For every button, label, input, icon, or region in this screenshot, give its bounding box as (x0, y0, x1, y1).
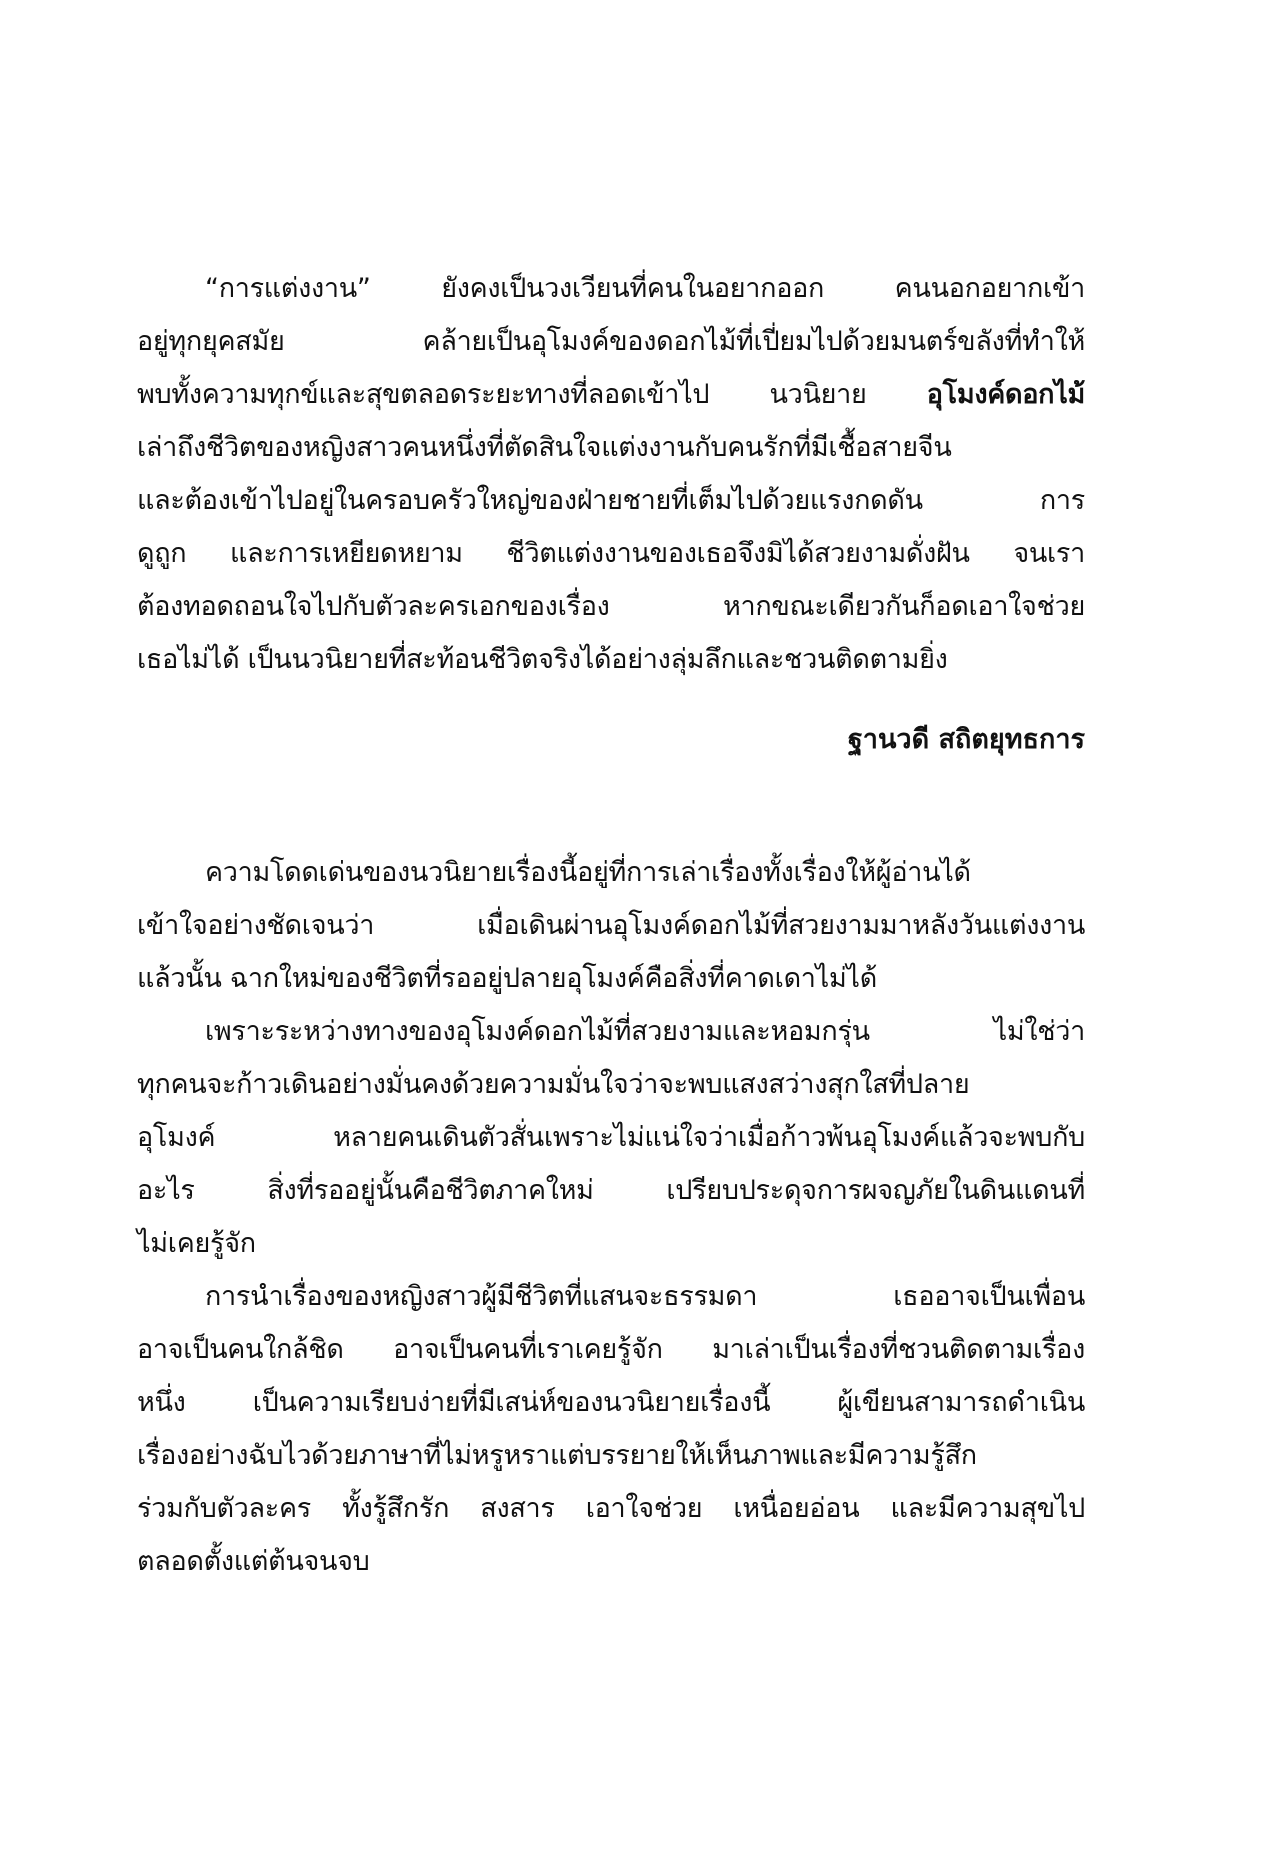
text-line: เข้าใจอย่างชัดเจนว่า เมื่อเดินผ่านอุโมงค… (137, 899, 1085, 952)
review-paragraph-4: การนำเรื่องของหญิงสาวผู้มีชีวิตที่แสนจะธ… (137, 1270, 1085, 1588)
text-line: ความโดดเด่นของนวนิยายเรื่องนี้อยู่ที่การ… (137, 846, 1085, 899)
reviewer-signature: ฐานวดี สถิตยุทธการ (137, 713, 1085, 766)
text-line: พบทั้งความทุกข์และสุขตลอดระยะทางที่ลอดเข… (137, 368, 1085, 421)
text-segment: พบทั้งความทุกข์และสุขตลอดระยะทางที่ลอดเข… (137, 379, 867, 410)
review-paragraph-2: ความโดดเด่นของนวนิยายเรื่องนี้อยู่ที่การ… (137, 846, 1085, 1005)
text-line: การนำเรื่องของหญิงสาวผู้มีชีวิตที่แสนจะธ… (137, 1270, 1085, 1323)
text-line: ตลอดตั้งแต่ต้นจนจบ (137, 1535, 1085, 1588)
review-paragraph-3: เพราะระหว่างทางของอุโมงค์ดอกไม้ที่สวยงาม… (137, 1005, 1085, 1270)
text-line: เพราะระหว่างทางของอุโมงค์ดอกไม้ที่สวยงาม… (137, 1005, 1085, 1058)
text-line: ไม่เคยรู้จัก (137, 1217, 1085, 1270)
text-line: เล่าถึงชีวิตของหญิงสาวคนหนึ่งที่ตัดสินใจ… (137, 421, 1085, 474)
section-gap (137, 766, 1085, 846)
text-line: ดูถูก และการเหยียดหยาม ชีวิตแต่งงานของเธ… (137, 527, 1085, 580)
text-line: เธอไม่ได้ เป็นนวนิยายที่สะท้อนชีวิตจริงไ… (137, 633, 1085, 686)
text-line: หนึ่ง เป็นความเรียบง่ายที่มีเสน่ห์ของนวน… (137, 1376, 1085, 1429)
text-line: แล้วนั้น ฉากใหม่ของชีวิตที่รออยู่ปลายอุโ… (137, 952, 1085, 1005)
review-paragraph-1: “การแต่งงาน” ยังคงเป็นวงเวียนที่คนในอยาก… (137, 262, 1085, 686)
text-line: อะไร สิ่งที่รออยู่นั้นคือชีวิตภาคใหม่ เป… (137, 1164, 1085, 1217)
text-line: อยู่ทุกยุคสมัย คล้ายเป็นอุโมงค์ของดอกไม้… (137, 315, 1085, 368)
text-line: อาจเป็นคนใกล้ชิด อาจเป็นคนที่เราเคยรู้จั… (137, 1323, 1085, 1376)
text-line: อุโมงค์ หลายคนเดินตัวสั่นเพราะไม่แน่ใจว่… (137, 1111, 1085, 1164)
book-title: อุโมงค์ดอกไม้ (927, 379, 1085, 410)
text-line: “การแต่งงาน” ยังคงเป็นวงเวียนที่คนในอยาก… (137, 262, 1085, 315)
text-line: ทุกคนจะก้าวเดินอย่างมั่นคงด้วยความมั่นใจ… (137, 1058, 1085, 1111)
text-line: และต้องเข้าไปอยู่ในครอบครัวใหญ่ของฝ่ายชา… (137, 474, 1085, 527)
text-line: ร่วมกับตัวละคร ทั้งรู้สึกรัก สงสาร เอาใจ… (137, 1482, 1085, 1535)
text-line: เรื่องอย่างฉับไวด้วยภาษาที่ไม่หรูหราแต่บ… (137, 1429, 1085, 1482)
document-page: “การแต่งงาน” ยังคงเป็นวงเวียนที่คนในอยาก… (137, 262, 1085, 1588)
text-line: ต้องทอดถอนใจไปกับตัวละครเอกของเรื่อง หาก… (137, 580, 1085, 633)
